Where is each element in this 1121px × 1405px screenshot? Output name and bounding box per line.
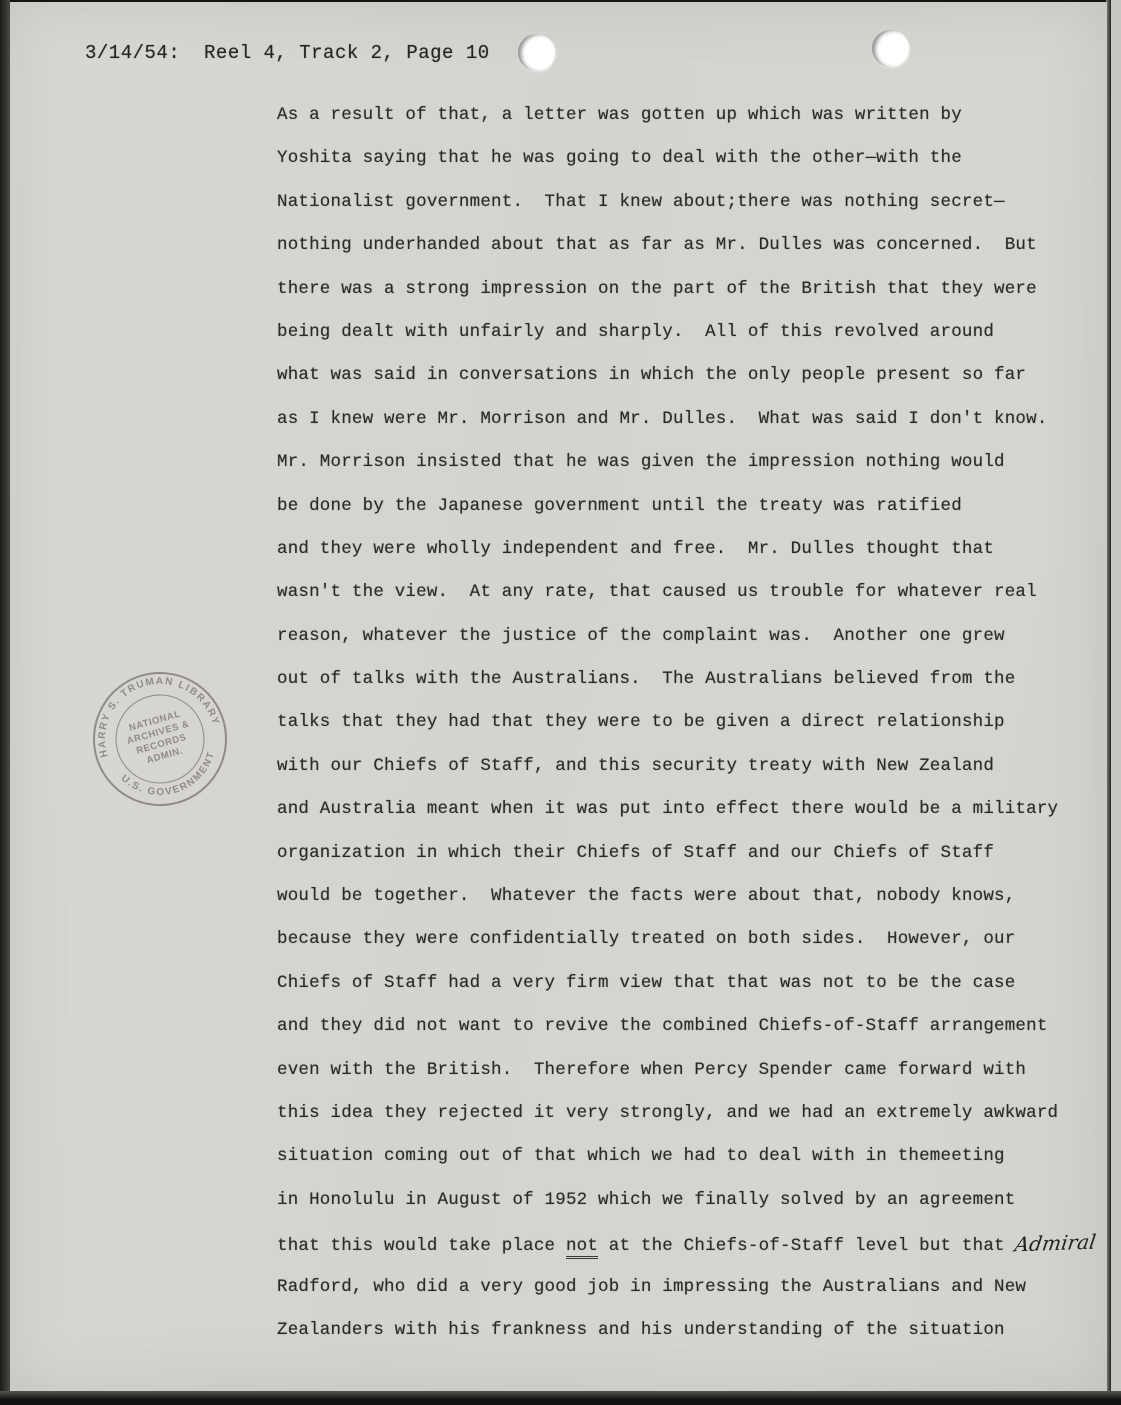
underlined-word: not [566,1236,598,1259]
text-line: nothing underhanded about that as far as… [277,224,1096,267]
paper: 3/14/54: Reel 4, Track 2, Page 10 As a r… [10,2,1107,1392]
handwritten-word: Admiral [1012,1221,1099,1267]
text-line: with our Chiefs of Staff, and this secur… [277,745,1096,788]
punch-hole-left [518,34,555,71]
line-text: organization in which their Chiefs of St… [277,843,994,863]
text-line: being dealt with unfairly and sharply. A… [277,311,1096,354]
text-line: wasn't the view. At any rate, that cause… [277,571,1096,614]
line-text: that this would take place [277,1236,566,1256]
line-text: Radford, who did a very good job in impr… [277,1277,1026,1297]
line-text: talks that they had that they were to be… [277,712,1005,732]
line-text: would be together. Whatever the facts we… [277,886,1015,906]
line-text: even with the British. Therefore when Pe… [277,1060,1026,1080]
line-text: Mr. Morrison insisted that he was given … [277,452,1005,472]
line-text: out of talks with the Australians. The A… [277,669,1015,689]
document-header: 3/14/54: Reel 4, Track 2, Page 10 [85,42,490,64]
line-text: in Honolulu in August of 1952 which we f… [277,1190,1015,1210]
line-text: because they were confidentially treated… [277,929,1015,949]
line-text: this idea they rejected it very strongly… [277,1103,1058,1123]
text-line: there was a strong impression on the par… [277,268,1096,311]
line-text: and they were wholly independent and fre… [277,539,994,559]
line-text: nothing underhanded about that as far as… [277,235,1037,255]
text-line: be done by the Japanese government until… [277,485,1096,528]
scan-right-margin [1111,0,1121,1405]
line-text: at the Chiefs-of-Staff level but that [598,1236,1015,1256]
text-line: even with the British. Therefore when Pe… [277,1049,1096,1092]
line-text: As a result of that, a letter was gotten… [277,105,962,125]
text-line: reason, whatever the justice of the comp… [277,615,1096,658]
paper-bottom-edge [0,1391,1121,1405]
text-line: as I knew were Mr. Morrison and Mr. Dull… [277,398,1096,441]
text-line: would be together. Whatever the facts we… [277,875,1096,918]
text-line: situation coming out of that which we ha… [277,1135,1096,1178]
line-text: and they did not want to revive the comb… [277,1016,1048,1036]
line-text: Yoshita saying that he was going to deal… [277,148,962,168]
text-line: Mr. Morrison insisted that he was given … [277,441,1096,484]
line-text: with our Chiefs of Staff, and this secur… [277,756,994,776]
punch-hole-right [872,30,909,67]
text-line: Yoshita saying that he was going to deal… [277,137,1096,180]
line-text: situation coming out of that which we ha… [277,1146,1005,1166]
text-line: in Honolulu in August of 1952 which we f… [277,1179,1096,1222]
line-text: Chiefs of Staff had a very firm view tha… [277,973,1015,993]
line-text: Nationalist government. That I knew abou… [277,192,1005,212]
text-line: Chiefs of Staff had a very firm view tha… [277,962,1096,1005]
line-text: what was said in conversations in which … [277,365,1026,385]
text-line: talks that they had that they were to be… [277,701,1096,744]
document-body: As a result of that, a letter was gotten… [277,94,1096,1352]
text-line: that this would take place not at the Ch… [277,1222,1096,1265]
text-line: out of talks with the Australians. The A… [277,658,1096,701]
paper-left-edge [0,0,10,1405]
line-text: there was a strong impression on the par… [277,279,1037,299]
line-text: wasn't the view. At any rate, that cause… [277,582,1037,602]
text-line: Zealanders with his frankness and his un… [277,1309,1096,1352]
line-text: be done by the Japanese government until… [277,496,962,516]
line-text: as I knew were Mr. Morrison and Mr. Dull… [277,409,1048,429]
text-line: and they did not want to revive the comb… [277,1005,1096,1048]
text-line: Radford, who did a very good job in impr… [277,1266,1096,1309]
line-text: and Australia meant when it was put into… [277,799,1058,819]
text-line: and they were wholly independent and fre… [277,528,1096,571]
text-line: organization in which their Chiefs of St… [277,832,1096,875]
text-line: Nationalist government. That I knew abou… [277,181,1096,224]
line-text: being dealt with unfairly and sharply. A… [277,322,994,342]
text-line: what was said in conversations in which … [277,354,1096,397]
text-line: As a result of that, a letter was gotten… [277,94,1096,137]
archive-stamp: HARRY S. TRUMAN LIBRARY U.S. GOVERNMENT … [61,640,259,838]
line-text: Zealanders with his frankness and his un… [277,1320,1005,1340]
text-line: because they were confidentially treated… [277,918,1096,961]
scanned-document-page: 3/14/54: Reel 4, Track 2, Page 10 As a r… [0,0,1121,1405]
text-line: this idea they rejected it very strongly… [277,1092,1096,1135]
text-line: and Australia meant when it was put into… [277,788,1096,831]
line-text: reason, whatever the justice of the comp… [277,626,1005,646]
